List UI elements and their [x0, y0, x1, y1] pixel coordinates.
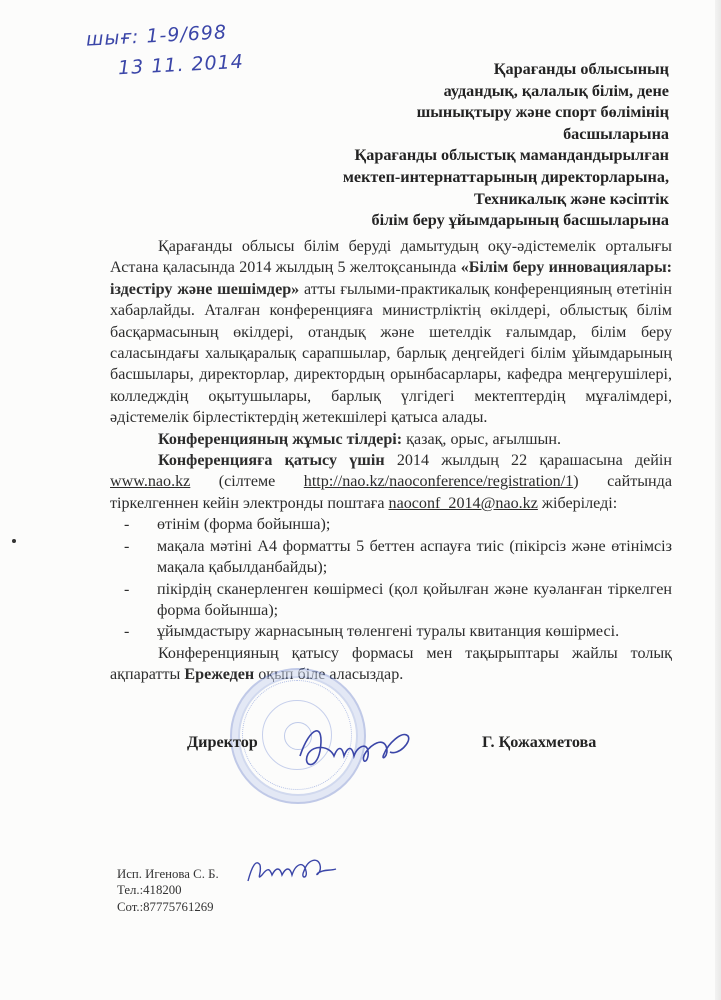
languages-value: қазақ, орыс, ағылшын.: [402, 431, 561, 448]
dash-bullet: -: [124, 536, 129, 557]
list-item-text: өтінім (форма бойынша);: [157, 516, 330, 533]
participation-paragraph: Конференцияға қатысу үшін 2014 жылдың 22…: [110, 450, 672, 514]
director-name: Г. Қожахметова: [482, 733, 596, 752]
list-item-text: пікірдің сканерленген көшірмесі (қол қой…: [157, 581, 672, 619]
intro-paragraph: Қарағанды облысы білім беруді дамытудың …: [110, 236, 672, 429]
addressee-line: Техникалық және кәсіптік: [343, 189, 669, 211]
addressee-line: шынықтыру және спорт бөлімінің: [343, 102, 669, 124]
intro-text-continued: атты ғылыми-практикалық конференцияның ө…: [110, 281, 672, 426]
participation-text: (сілтеме: [190, 473, 303, 490]
addressee-line: білім беру ұйымдарының басшыларына: [343, 210, 669, 232]
email-link[interactable]: naoconf_2014@nao.kz: [389, 495, 538, 512]
document-page: шығ: 1-9/698 13 11. 2014 Қарағанды облыс…: [0, 0, 721, 1000]
registration-number: шығ: 1-9/698: [86, 21, 228, 50]
executor-name: Исп. Игенова С. Б.: [117, 866, 219, 882]
director-title: Директор: [187, 733, 258, 752]
executor-phone: Тел.:418200: [117, 882, 219, 898]
dash-bullet: -: [124, 579, 129, 600]
registration-link[interactable]: http://nao.kz/naoconference/registration…: [304, 473, 573, 490]
participation-text: 2014 жылдың 22 қарашасына дейін: [385, 452, 672, 469]
scan-edge: [715, 0, 721, 1000]
executor-mobile: Сот.:87775761269: [117, 899, 219, 915]
executor-contacts: Исп. Игенова С. Б. Тел.:418200 Сот.:8777…: [117, 866, 219, 915]
addressee-block: Қарағанды облысының аудандық, қалалық бі…: [343, 59, 669, 232]
participation-text: жіберіледі:: [538, 495, 617, 512]
addressee-line: Қарағанды облыстық мамандандырылған: [343, 145, 669, 167]
participation-label: Конференцияға қатысу үшін: [158, 452, 385, 469]
languages-label: Конференцияның жұмыс тілдері:: [158, 431, 402, 448]
addressee-line: Қарағанды облысының: [343, 59, 669, 81]
site-link[interactable]: www.nao.kz: [110, 473, 190, 490]
languages-paragraph: Конференцияның жұмыс тілдері: қазақ, оры…: [110, 429, 672, 450]
executor-signature-icon: [240, 851, 340, 887]
addressee-line: аудандық, қалалық білім, дене: [343, 81, 669, 103]
list-item: -өтінім (форма бойынша);: [110, 514, 672, 535]
addressee-line: басшыларына: [343, 124, 669, 146]
list-item-text: ұйымдастыру жарнасының төленгені туралы …: [157, 623, 619, 640]
letter-body: Қарағанды облысы білім беруді дамытудың …: [110, 236, 672, 686]
scan-speck: [12, 539, 16, 543]
rules-reference: Ережеден: [184, 666, 254, 683]
director-signature-icon: [290, 716, 420, 776]
list-item: -ұйымдастыру жарнасының төленгені туралы…: [110, 621, 672, 642]
list-item-text: мақала мәтіні А4 форматты 5 беттен аспау…: [157, 538, 672, 576]
dash-bullet: -: [124, 621, 129, 642]
requirements-list: -өтінім (форма бойынша); -мақала мәтіні …: [110, 514, 672, 642]
list-item: -пікірдің сканерленген көшірмесі (қол қо…: [110, 579, 672, 622]
list-item: -мақала мәтіні А4 форматты 5 беттен аспа…: [110, 536, 672, 579]
registration-date: 13 11. 2014: [118, 51, 245, 80]
closing-paragraph: Конференцияның қатысу формасы мен тақыры…: [110, 643, 672, 686]
dash-bullet: -: [124, 514, 129, 535]
addressee-line: мектеп-интернаттарының директорларына,: [343, 167, 669, 189]
